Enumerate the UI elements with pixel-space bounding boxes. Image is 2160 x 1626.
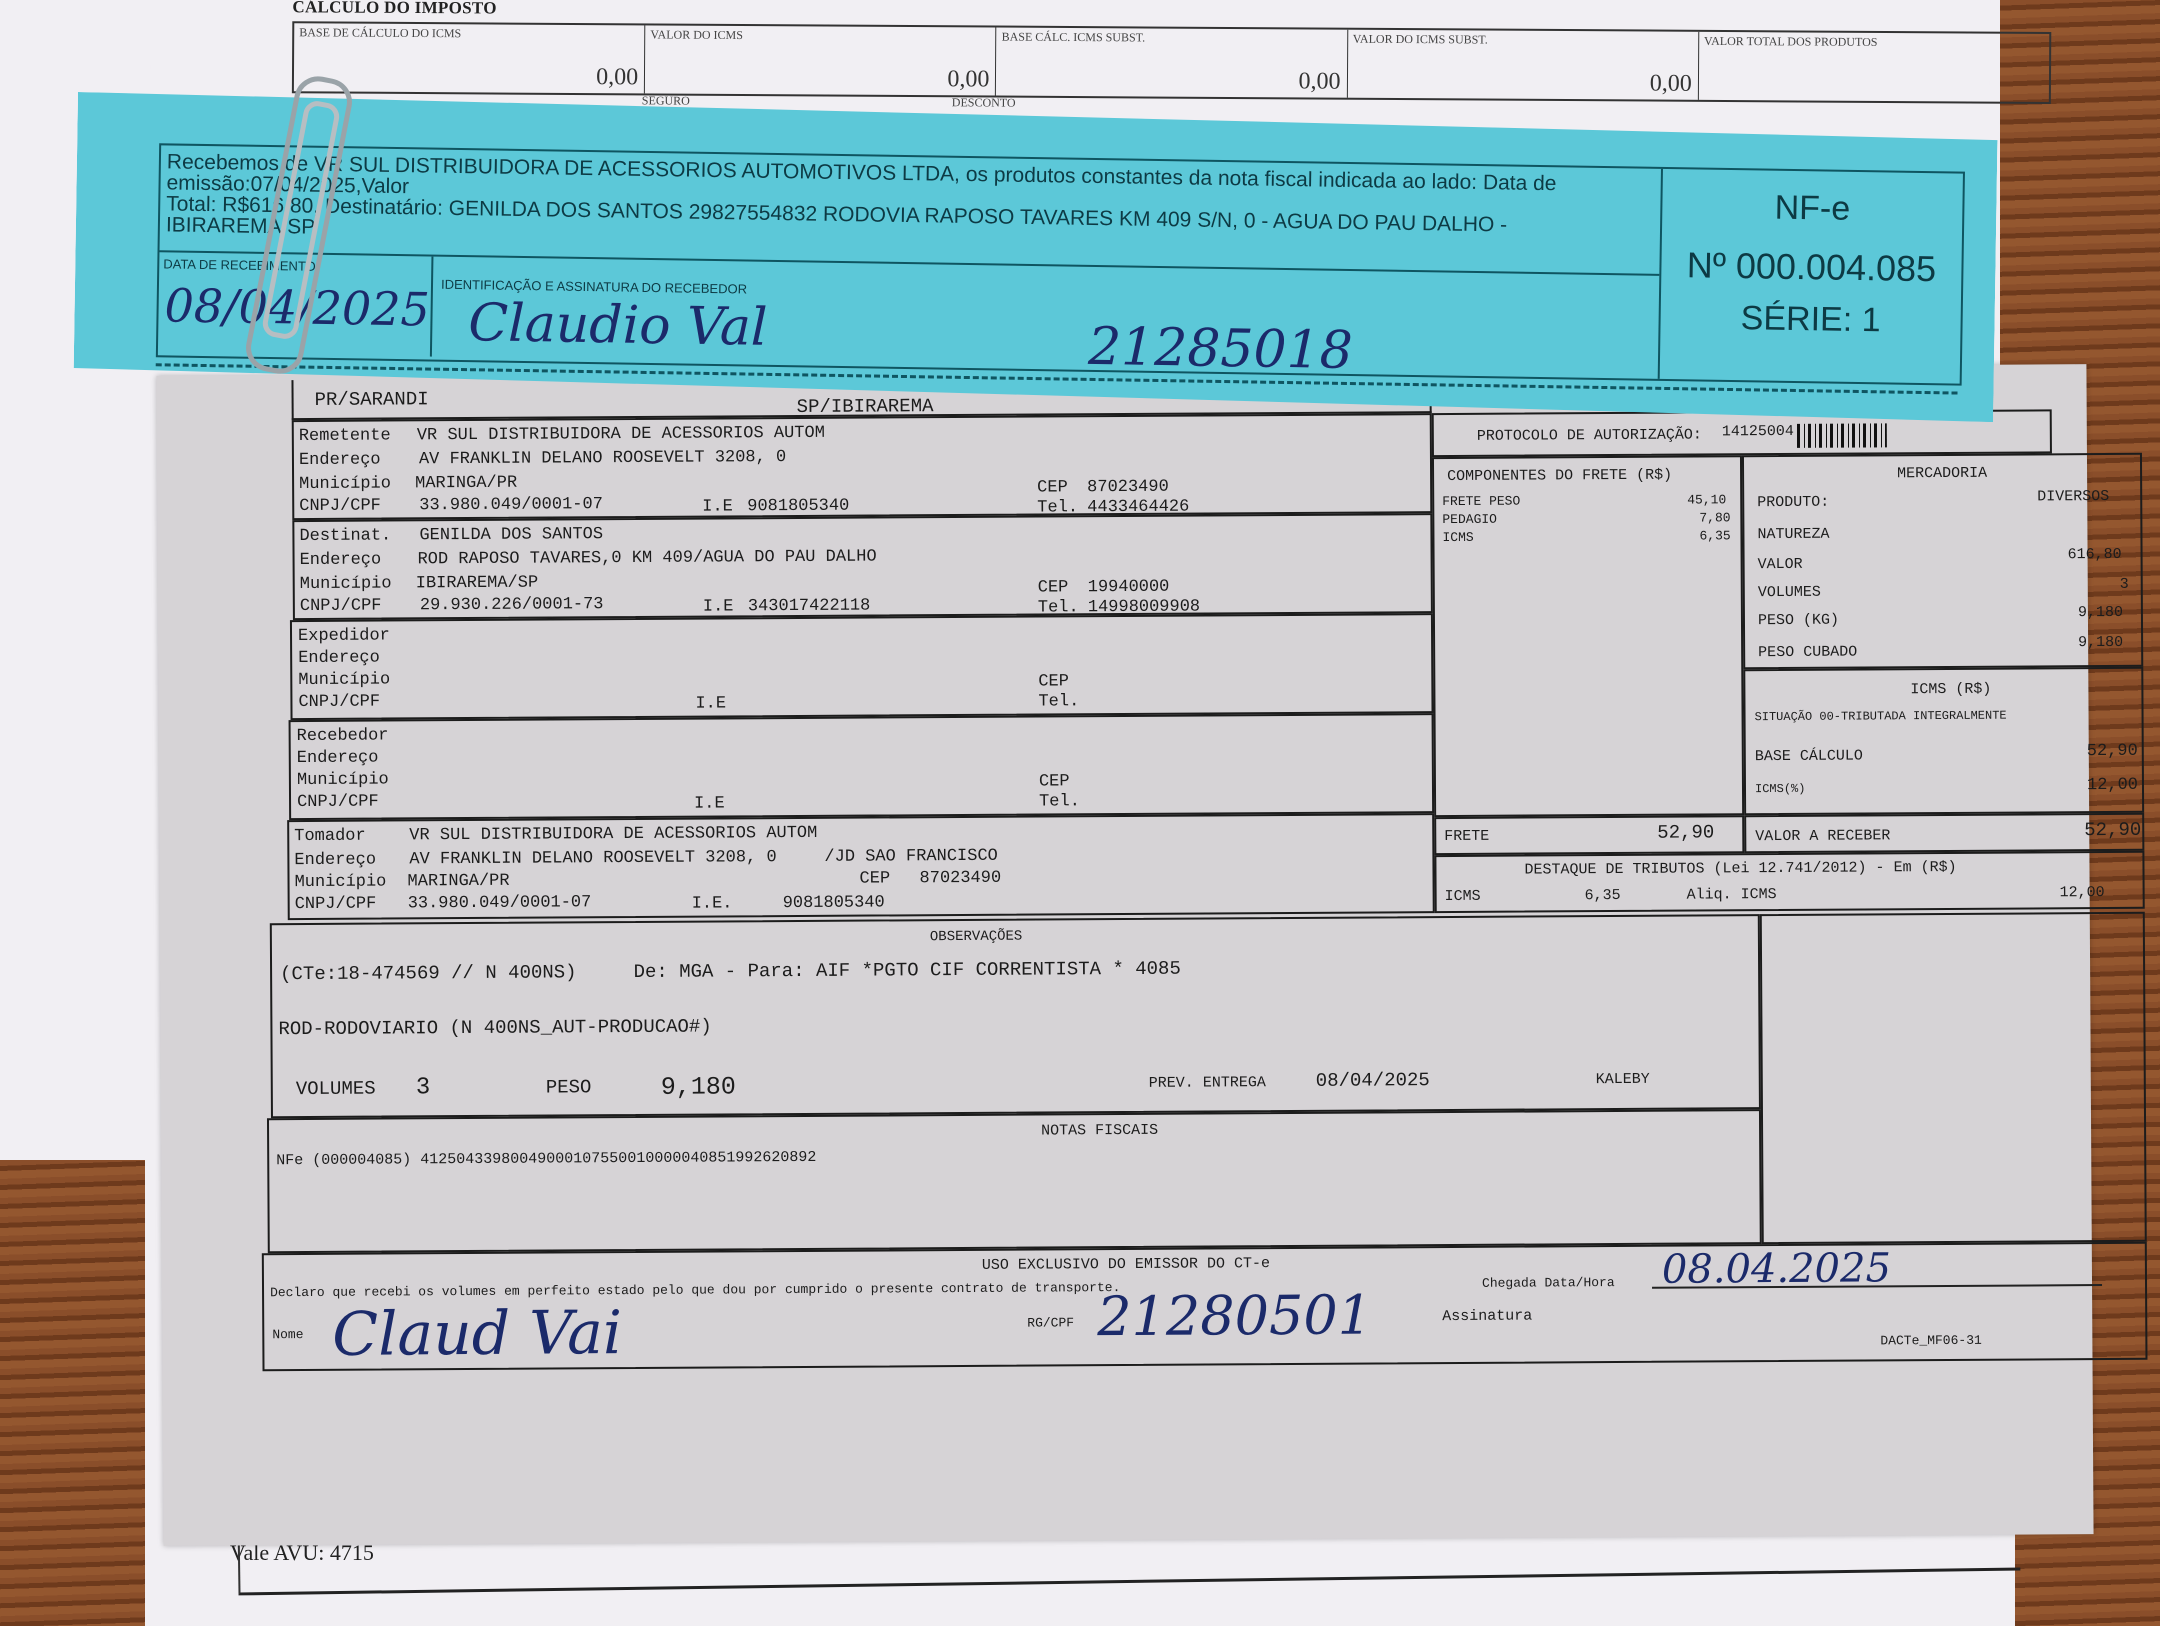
form-code: DACTe_MF06-31 <box>1880 1333 1982 1349</box>
nfe-series: SÉRIE: 1 <box>1660 298 1961 342</box>
calc-imposto-title: CÁLCULO DO IMPOSTO <box>292 0 497 18</box>
expedidor-city-label: Município <box>298 670 390 690</box>
tributos-icms-label: ICMS <box>1445 888 1481 905</box>
produto-value: DIVERSOS <box>2037 488 2109 505</box>
icms-aliq-value: 12,00 <box>2087 776 2138 795</box>
destinatario-city: IBIRAREMA/SP <box>416 574 539 594</box>
destinatario-address: ROD RAPOSO TAVARES,0 KM 409/AGUA DO PAU … <box>418 548 877 570</box>
tomador-cnpj: 33.980.049/0001-07 <box>408 893 592 913</box>
destinatario-cep-label: CEP <box>1038 578 1069 597</box>
remetente-ie: 9081805340 <box>747 497 849 517</box>
destinatario-city-label: Município <box>300 574 392 594</box>
expedidor-address-label: Endereço <box>298 649 380 668</box>
tributos-aliq-value: 12,00 <box>2060 884 2105 901</box>
nfe-number: Nº 000.004.085 <box>1661 244 1962 291</box>
canhoto-receipt-text: Recebemos de VR SUL DISTRIBUIDORA DE ACE… <box>166 151 1637 258</box>
rg-handwritten: 21280501 <box>1097 1283 1372 1348</box>
protocolo-value: 14125004 <box>1722 423 1794 440</box>
notas-line: NFe (000004085) 412504339800490001075500… <box>276 1149 816 1169</box>
volumes-value: 3 <box>2120 576 2129 593</box>
valor-receber-value: 52,90 <box>2084 819 2141 841</box>
tributos-title: DESTAQUE DE TRIBUTOS (Lei 12.741/2012) -… <box>1524 859 1956 879</box>
valor-value: 616,80 <box>2068 546 2122 563</box>
tributos-aliq-label: Aliq. ICMS <box>1687 886 1777 904</box>
frete-peso-value: 45,10 <box>1687 492 1726 507</box>
remetente-address: AV FRANKLIN DELANO ROOSEVELT 3208, 0 <box>419 448 786 469</box>
base-calculo-value: 52,90 <box>2087 742 2138 761</box>
recebedor-city-label: Município <box>297 770 389 790</box>
rg-label: RG/CPF <box>1027 1315 1074 1330</box>
barcode-icon <box>1797 423 1887 448</box>
remetente-cnpj: 33.980.049/0001-07 <box>419 495 603 515</box>
canhoto-frame: Recebemos de VR SUL DISTRIBUIDORA DE ACE… <box>156 143 1965 385</box>
calc-cell: VALOR DO ICMS SUBST.0,00 <box>1347 30 1699 100</box>
frete-label: FRETE <box>1444 828 1489 845</box>
peso-label: PESO (KG) <box>1758 612 1839 629</box>
driver-name: KALEBY <box>1596 1071 1650 1088</box>
calc-cell: BASE DE CÁLCULO DO ICMS0,00 <box>294 23 646 93</box>
destinatario-name: GENILDA DOS SANTOS <box>419 525 603 545</box>
chegada-label: Chegada Data/Hora <box>1482 1275 1615 1291</box>
destination: SP/IBIRAREMA <box>797 395 934 418</box>
pedagio-value: 7,80 <box>1699 510 1730 525</box>
recebedor-box <box>289 713 1435 820</box>
recebedor-label: Recebedor <box>297 726 389 746</box>
remetente-address-label: Endereço <box>299 451 381 470</box>
origin: PR/SARANDI <box>315 388 429 411</box>
recebedor-address-label: Endereço <box>297 749 379 768</box>
tomador-cep-label: CEP <box>859 869 890 888</box>
expedidor-ie-label: I.E <box>695 694 726 713</box>
frete-value: 52,90 <box>1657 821 1714 843</box>
produto-label: PRODUTO: <box>1757 494 1829 511</box>
icms-aliq-label: ICMS(%) <box>1755 782 1806 796</box>
nfe-number-box: NF-e Nº 000.004.085 SÉRIE: 1 <box>1658 169 1963 384</box>
nome-label: Nome <box>272 1327 303 1342</box>
prev-entrega-label: PREV. ENTREGA <box>1149 1074 1266 1092</box>
assinatura-label: Assinatura <box>1442 1308 1532 1326</box>
canhoto-signature-row: DATA DE RECEBIMENTO 08/04/2025 IDENTIFIC… <box>158 250 1659 376</box>
dacte-document: PR/SARANDI SP/IBIRAREMA Remetente VR SUL… <box>156 364 2093 1546</box>
icms-situacao: SITUAÇÃO 00-TRIBUTADA INTEGRALMENTE <box>1755 709 2007 725</box>
expedidor-label: Expedidor <box>298 626 390 646</box>
icms-comp-label: ICMS <box>1442 530 1473 545</box>
remetente-cep: 87023490 <box>1087 478 1169 497</box>
observacoes-line2: ROD-RODOVIARIO (N 400NS_AUT-PRODUCAO#) <box>278 1016 711 1041</box>
nome-handwritten: Claud Vai <box>332 1298 622 1370</box>
tomador-cnpj-label: CNPJ/CPF <box>295 895 377 914</box>
calc-cell: VALOR DO ICMS0,00 <box>645 25 997 95</box>
destinatario-ie: 343017422118 <box>748 597 871 617</box>
pedagio-label: PEDAGIO <box>1442 512 1497 527</box>
prev-entrega-value: 08/04/2025 <box>1316 1069 1430 1092</box>
calc-imposto-table: BASE DE CÁLCULO DO ICMS0,00 VALOR DO ICM… <box>292 21 2051 104</box>
mercadoria-title: MERCADORIA <box>1897 465 1987 483</box>
uso-exclusivo-title: USO EXCLUSIVO DO EMISSOR DO CT-e <box>982 1255 1270 1274</box>
remetente-label: Remetente <box>299 426 391 446</box>
obs-volumes-label: VOLUMES <box>296 1078 376 1100</box>
valor-receber-label: VALOR A RECEBER <box>1755 827 1890 845</box>
recebedor-ie-label: I.E <box>694 794 725 813</box>
tomador-ie-label: I.E. <box>692 894 733 913</box>
wood-table-bottom-left <box>0 1160 160 1626</box>
destinatario-address-label: Endereço <box>300 551 382 570</box>
peso-value: 9,180 <box>2078 604 2123 621</box>
notas-title: NOTAS FISCAIS <box>1041 1122 1158 1140</box>
obs-peso-value: 9,180 <box>661 1072 736 1101</box>
expedidor-box <box>290 613 1434 720</box>
valor-label: VALOR <box>1758 556 1803 573</box>
tributos-icms-value: 6,35 <box>1585 887 1621 904</box>
tomador-name: VR SUL DISTRIBUIDORA DE ACESSORIOS AUTOM <box>409 824 817 845</box>
componentes-title: COMPONENTES DO FRETE (R$) <box>1447 467 1672 485</box>
tomador-address-label: Endereço <box>294 851 376 870</box>
notas-box <box>267 1109 1762 1253</box>
natureza-label: NATUREZA <box>1757 526 1829 543</box>
calc-cell: VALOR TOTAL DOS PRODUTOS <box>1699 32 2050 102</box>
remetente-name: VR SUL DISTRIBUIDORA DE ACESSORIOS AUTOM <box>417 424 825 445</box>
peso-cubado-label: PESO CUBADO <box>1758 644 1857 662</box>
remetente-city-label: Município <box>299 474 391 494</box>
expedidor-cnpj-label: CNPJ/CPF <box>298 693 380 712</box>
tomador-ie: 9081805340 <box>783 893 885 913</box>
base-calculo-label: BASE CÁLCULO <box>1755 747 1863 765</box>
recebedor-tel-label: Tel. <box>1039 792 1080 811</box>
volumes-label: VOLUMES <box>1758 584 1821 601</box>
remetente-cnpj-label: CNPJ/CPF <box>299 497 381 516</box>
remetente-ie-label: I.E <box>702 497 733 516</box>
tomador-label: Tomador <box>294 827 366 846</box>
tomador-city: MARINGA/PR <box>407 872 509 892</box>
observacoes-side-box <box>1760 912 2147 1244</box>
expedidor-cep-label: CEP <box>1038 672 1069 691</box>
destinatario-cnpj-label: CNPJ/CPF <box>300 597 382 616</box>
icms-title: ICMS (R$) <box>1910 681 1991 698</box>
remetente-cep-label: CEP <box>1037 478 1068 497</box>
receiver-id-handwritten: 21285018 <box>1088 317 1354 381</box>
recebedor-cep-label: CEP <box>1039 772 1070 791</box>
destinatario-label: Destinat. <box>299 526 391 546</box>
remetente-city: MARINGA/PR <box>415 474 517 494</box>
destinatario-ie-label: I.E <box>703 597 734 616</box>
receiver-signature-handwritten: Claudio Val <box>468 293 768 358</box>
calc-cell: BASE CÁLC. ICMS SUBST.0,00 <box>996 28 1348 98</box>
destinatario-cnpj: 29.930.226/0001-73 <box>420 595 604 615</box>
icms-comp-value: 6,35 <box>1699 528 1730 543</box>
nfe-canhoto-stub: Recebemos de VR SUL DISTRIBUIDORA DE ACE… <box>73 92 1997 422</box>
peso-cubado-value: 9,180 <box>2078 634 2123 651</box>
obs-volumes-value: 3 <box>416 1074 431 1101</box>
tomador-address: AV FRANKLIN DELANO ROOSEVELT 3208, 0 <box>409 848 776 869</box>
observacoes-title: OBSERVAÇÕES <box>930 929 1023 946</box>
expedidor-tel-label: Tel. <box>1038 692 1079 711</box>
recebedor-cnpj-label: CNPJ/CPF <box>297 793 379 812</box>
nfe-doc-type: NF-e <box>1662 187 1963 231</box>
destinatario-cep: 19940000 <box>1088 578 1170 597</box>
tomador-district: /JD SAO FRANCISCO <box>824 847 998 867</box>
frete-peso-label: FRETE PESO <box>1442 494 1520 509</box>
protocolo-label: PROTOCOLO DE AUTORIZAÇÃO: <box>1477 426 1702 444</box>
tomador-city-label: Município <box>294 873 386 893</box>
tomador-cep: 87023490 <box>919 869 1001 888</box>
obs-peso-label: PESO <box>546 1076 592 1098</box>
componentes-box <box>1432 455 1744 817</box>
